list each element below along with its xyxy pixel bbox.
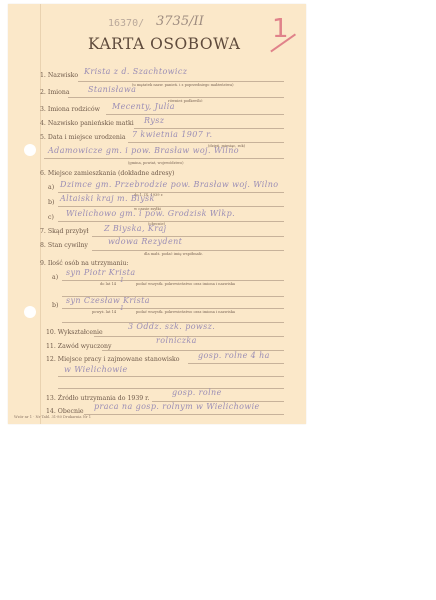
field-line xyxy=(92,250,284,251)
field-value-first-names: Stanisława xyxy=(88,85,136,94)
punch-hole xyxy=(24,306,36,318)
print-footer: Wzór nr 1 · Nr Tabl. 31-80 Drukarnia Nr … xyxy=(14,415,91,419)
field-line xyxy=(58,206,284,207)
reference-number-handwritten: 3735/II xyxy=(156,14,204,29)
field-value-surname: Krista z d. Szachtowicz xyxy=(84,67,187,76)
field-hint: (gmina, powiat, województwo) xyxy=(128,161,184,165)
field-line xyxy=(188,363,284,364)
fold-line xyxy=(40,4,41,424)
field-label-currently: 14. Obecnie xyxy=(46,408,84,415)
field-value-residence-a: Dzimce gm. Przebrodzie pow. Brasław woj.… xyxy=(60,180,278,189)
field-sublabel: c) xyxy=(48,214,54,221)
document-page: 16370/ 3735/II 1 KARTA OSOBOWA 1. Nazwis… xyxy=(8,4,306,424)
field-label-marital-status: 8. Stan cywilny xyxy=(40,242,88,249)
field-label-income-source: 13. Źródło utrzymania do 1939 r. xyxy=(46,395,149,402)
field-hint: podać wszystk. pokrewieństwo oraz imiona… xyxy=(136,282,235,286)
field-value-dependent-a: syn Piotr Krista xyxy=(66,268,136,277)
field-line xyxy=(134,128,284,129)
field-value-dependent-a-age: 1 xyxy=(120,277,124,284)
field-value-income-source: gosp. rolne xyxy=(172,388,222,397)
field-label-residence: 6. Miejsce zamieszkania (dokładne adresy… xyxy=(40,170,174,177)
field-value-birth-date: 7 kwietnia 1907 r. xyxy=(132,130,212,139)
field-label-education: 10. Wykształcenie xyxy=(46,329,103,336)
field-value-marital-status: wdowa Rezydent xyxy=(108,237,182,246)
punch-hole xyxy=(24,144,36,156)
field-value-education: 3 Oddz. szk. powsz. xyxy=(128,322,215,331)
field-label-birth: 5. Data i miejsce urodzenia xyxy=(40,134,126,141)
field-line xyxy=(78,81,284,82)
field-hint: do lat 14 xyxy=(100,282,116,286)
field-label-mother-maiden-name: 4. Nazwisko panieńskie matki xyxy=(40,120,134,127)
field-sublabel: b) xyxy=(48,199,54,206)
field-value-parents-names: Mecenty, Julia xyxy=(112,102,175,111)
field-sublabel: b) xyxy=(52,302,58,309)
field-sublabel: a) xyxy=(48,184,54,191)
field-line xyxy=(58,376,284,377)
field-value-mother-maiden-name: Rysz xyxy=(144,116,164,125)
field-value-trained-profession: rolniczka xyxy=(156,336,197,345)
document-title: KARTA OSOBOWA xyxy=(88,35,240,53)
field-hint: (u mężatek nazw. panień. i z poprzednieg… xyxy=(132,83,234,87)
field-sublabel: a) xyxy=(52,274,58,281)
field-label-trained-profession: 11. Zawód wyuczony xyxy=(46,343,111,350)
field-line xyxy=(84,414,284,415)
field-value-currently: praca na gosp. rolnym w Wielichowie xyxy=(94,402,260,411)
field-value-workplace-2: w Wielichowie xyxy=(64,365,128,374)
field-line xyxy=(106,114,284,115)
field-label-surname: 1. Nazwisko xyxy=(40,72,78,79)
field-value-arrived-from: Z Biyska, Kraj xyxy=(104,224,167,233)
field-line xyxy=(62,308,284,309)
reference-number-printed: 16370/ xyxy=(108,18,144,29)
field-line xyxy=(68,97,284,98)
field-line xyxy=(58,221,284,222)
field-value-birth-place: Adamowicze gm. i pow. Brasław woj. Wilno xyxy=(48,146,239,155)
field-value-residence-b: Altaiski kraj m. Biysk xyxy=(60,194,155,203)
field-hint: dla małż. podać imię współmałż. xyxy=(144,252,203,256)
field-value-dependent-b-age: 1 xyxy=(120,305,124,312)
field-label-parents-names: 3. Imiona rodziców xyxy=(40,106,100,113)
field-label-first-names: 2. Imiona xyxy=(40,89,70,96)
field-label-dependents: 9. Ilość osób na utrzymaniu: xyxy=(40,260,129,267)
field-value-residence-c: Wielichowo gm. i pow. Grodzisk Wlkp. xyxy=(66,209,235,218)
field-hint: powyż. lat 14 xyxy=(92,310,116,314)
field-value-dependent-b: syn Czesław Krista xyxy=(66,296,150,305)
field-value-workplace: gosp. rolne 4 ha xyxy=(198,351,270,360)
field-line xyxy=(58,192,284,193)
field-label-arrived-from: 7. Skąd przybył xyxy=(40,228,89,235)
field-line xyxy=(62,280,284,281)
field-hint: podać wszystk. pokrewieństwo oraz imiona… xyxy=(136,310,235,314)
field-line xyxy=(128,142,284,143)
field-line xyxy=(44,158,284,159)
field-line xyxy=(58,388,284,389)
field-label-workplace: 12. Miejsce pracy i zajmowane stanowisko xyxy=(46,356,180,363)
